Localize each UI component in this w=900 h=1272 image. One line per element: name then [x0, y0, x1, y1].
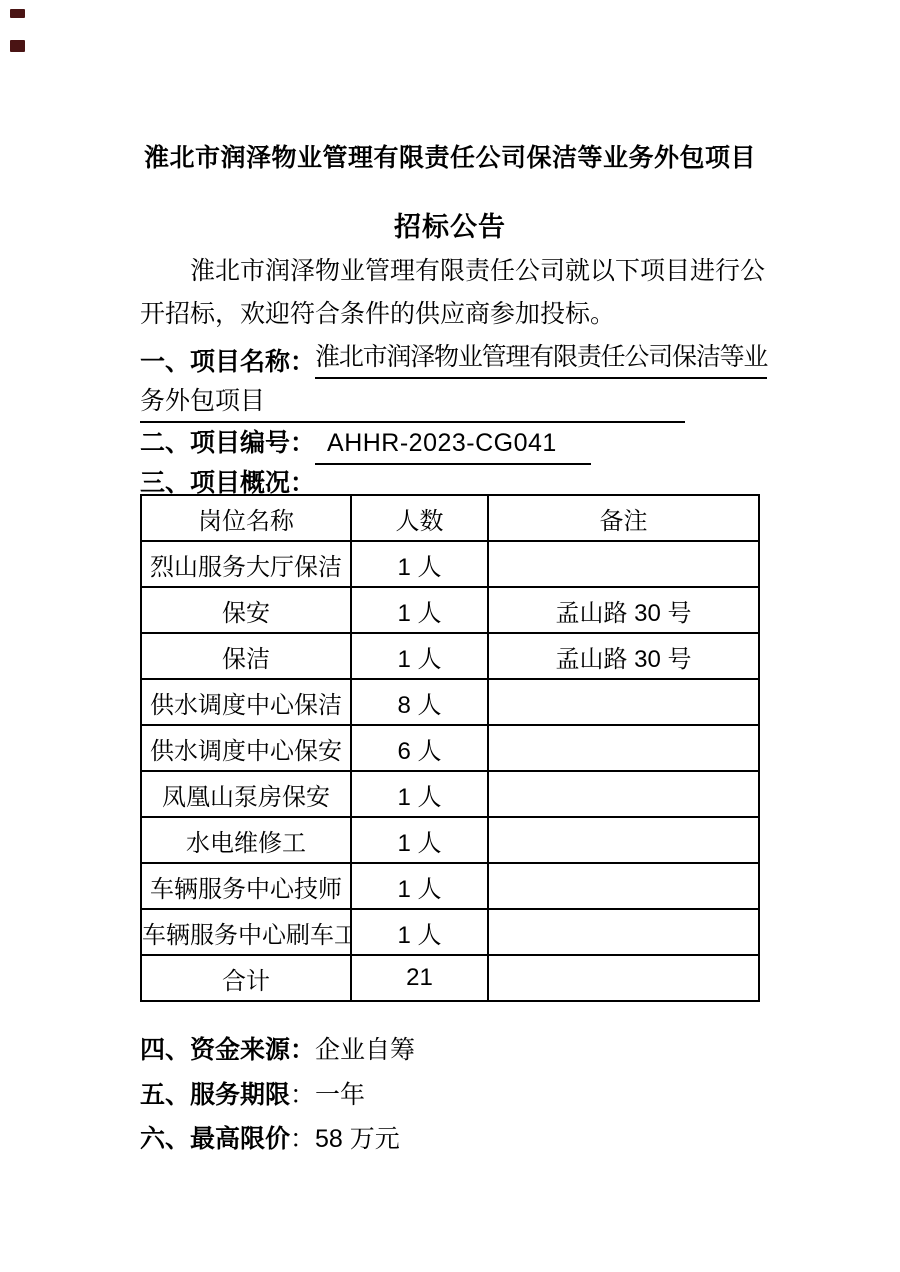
table-header-cell: 备注 — [488, 495, 759, 541]
table-cell — [488, 679, 759, 725]
table-cell: 车辆服务中心刷车工 — [141, 909, 351, 955]
table-cell: 供水调度中心保洁 — [141, 679, 351, 725]
table-cell — [488, 541, 759, 587]
table-cell — [488, 771, 759, 817]
section-project-name-wrap: 务外包项目 — [140, 384, 762, 423]
section-project-number: 二、项目编号：AHHR-2023-CG041 — [140, 426, 762, 465]
table-cell — [488, 725, 759, 771]
table-cell: 孟山路 30 号 — [488, 587, 759, 633]
table-cell: 合计 — [141, 955, 351, 1001]
table-cell — [488, 955, 759, 1001]
scan-artifact-mark — [10, 40, 25, 52]
table-cell: 凤凰山泵房保安 — [141, 771, 351, 817]
table-cell: 1 人 — [351, 541, 488, 587]
intro-paragraph-line-2: 开招标，欢迎符合条件的供应商参加投标。 — [140, 297, 762, 331]
table-row: 车辆服务中心刷车工1 人 — [141, 909, 759, 955]
table-cell: 供水调度中心保安 — [141, 725, 351, 771]
table-body: 烈山服务大厅保洁1 人保安1 人孟山路 30 号保洁1 人孟山路 30 号供水调… — [141, 541, 759, 1001]
project-name-label: 一、项目名称： — [140, 345, 315, 379]
table-cell: 水电维修工 — [141, 817, 351, 863]
table-row: 保洁1 人孟山路 30 号 — [141, 633, 759, 679]
table-row: 供水调度中心保洁8 人 — [141, 679, 759, 725]
table-header-cell: 人数 — [351, 495, 488, 541]
table-header-cell: 岗位名称 — [141, 495, 351, 541]
table-cell: 保安 — [141, 587, 351, 633]
table-row: 供水调度中心保安6 人 — [141, 725, 759, 771]
intro-paragraph-line-1: 淮北市润泽物业管理有限责任公司就以下项目进行公 — [140, 254, 762, 288]
table-cell: 1 人 — [351, 587, 488, 633]
tender-announcement-page: 淮北市润泽物业管理有限责任公司保洁等业务外包项目 招标公告 淮北市润泽物业管理有… — [0, 0, 900, 1272]
table-row: 水电维修工1 人 — [141, 817, 759, 863]
table-cell — [488, 817, 759, 863]
section-funding-source: 四、资金来源：企业自筹 — [140, 1033, 762, 1067]
table-cell: 保洁 — [141, 633, 351, 679]
table-cell: 1 人 — [351, 771, 488, 817]
table-header-row: 岗位名称人数备注 — [141, 495, 759, 541]
table-row: 合计21 — [141, 955, 759, 1001]
document-subtitle: 招标公告 — [140, 205, 760, 244]
position-roster-table: 岗位名称人数备注 烈山服务大厅保洁1 人保安1 人孟山路 30 号保洁1 人孟山… — [140, 494, 760, 1002]
funding-source-value: 企业自筹 — [315, 1036, 415, 1064]
table-cell: 1 人 — [351, 817, 488, 863]
table-cell: 6 人 — [351, 725, 488, 771]
project-name-value-line1: 淮北市润泽物业管理有限责任公司保洁等业 — [315, 340, 767, 379]
table-cell: 车辆服务中心技师 — [141, 863, 351, 909]
scan-artifact-mark — [10, 9, 25, 18]
table-cell — [488, 863, 759, 909]
table-cell: 烈山服务大厅保洁 — [141, 541, 351, 587]
table-cell: 1 人 — [351, 863, 488, 909]
price-ceiling-label: 六、最高限价 — [140, 1125, 290, 1153]
section-service-term: 五、服务期限：一年 — [140, 1078, 762, 1112]
table-cell: 1 人 — [351, 633, 488, 679]
table-cell: 1 人 — [351, 909, 488, 955]
table-cell: 孟山路 30 号 — [488, 633, 759, 679]
table-cell: 21 — [351, 955, 488, 1001]
section-project-name: 一、项目名称：淮北市润泽物业管理有限责任公司保洁等业 — [140, 340, 762, 379]
service-term-label: 五、服务期限 — [140, 1081, 290, 1109]
project-number-label: 二、项目编号： — [140, 429, 315, 457]
table-row: 保安1 人孟山路 30 号 — [141, 587, 759, 633]
section-price-ceiling: 六、最高限价：58 万元 — [140, 1122, 762, 1156]
table-row: 车辆服务中心技师1 人 — [141, 863, 759, 909]
project-name-value-line2: 务外包项目 — [140, 384, 685, 423]
table-cell: 8 人 — [351, 679, 488, 725]
table-row: 凤凰山泵房保安1 人 — [141, 771, 759, 817]
funding-source-label: 四、资金来源： — [140, 1036, 315, 1064]
table-row: 烈山服务大厅保洁1 人 — [141, 541, 759, 587]
project-overview-label: 三、项目概况： — [140, 469, 315, 497]
document-title: 淮北市润泽物业管理有限责任公司保洁等业务外包项目 — [140, 138, 760, 174]
project-number-value: AHHR-2023-CG041 — [315, 426, 591, 465]
service-term-value: ：一年 — [290, 1081, 365, 1109]
price-ceiling-value: ：58 万元 — [290, 1125, 400, 1153]
table-cell — [488, 909, 759, 955]
